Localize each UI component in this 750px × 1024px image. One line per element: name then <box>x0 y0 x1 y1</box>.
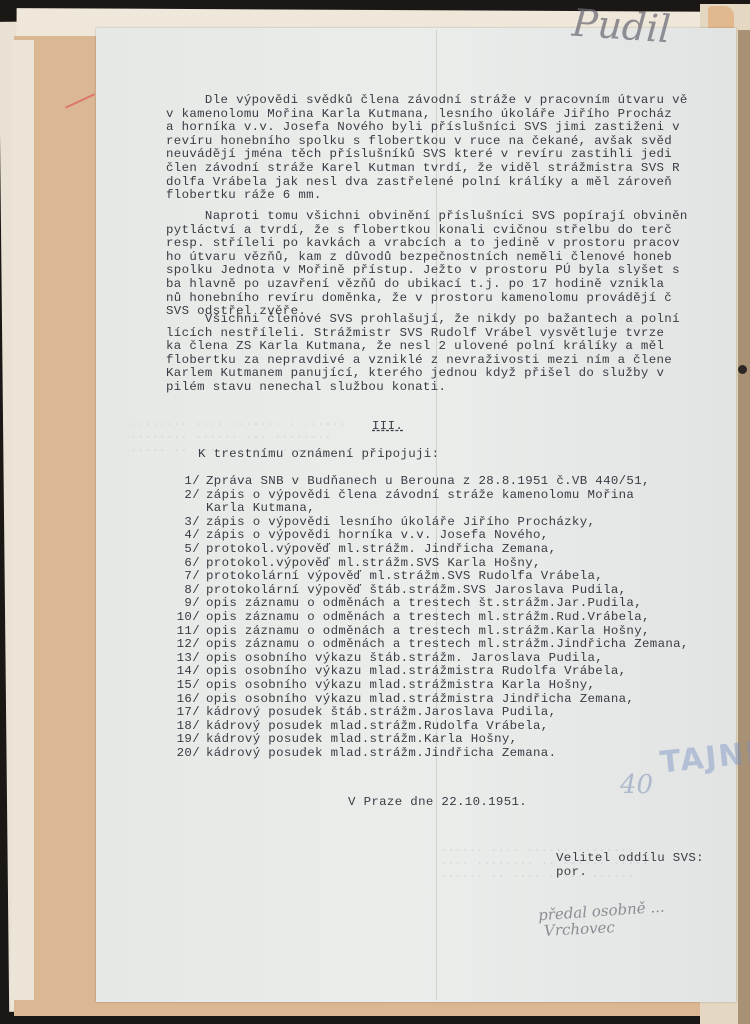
attachment-number: 15/ <box>172 679 200 693</box>
attachment-item: 15/opis osobního výkazu mlad.strážmistra… <box>172 679 689 693</box>
attachment-number: 19/ <box>172 733 200 747</box>
attachment-number <box>172 502 200 516</box>
attachments-list: 1/Zpráva SNB v Budňanech u Berouna z 28.… <box>172 475 689 760</box>
attachment-number: 14/ <box>172 665 200 679</box>
attachment-text: protokolární výpověď štáb.strážm.SVS Jar… <box>206 584 626 598</box>
attachment-text: zápis o výpovědi lesního úkoláře Jiřího … <box>206 516 595 530</box>
attachment-item: 6/protokol.výpověď ml.strážm.SVS Karla H… <box>172 557 689 571</box>
handwritten-note: Vrchovec <box>544 918 616 940</box>
stamp-mark: 40 <box>620 770 653 800</box>
attachment-text: opis osobního výkazu mlad.strážmistra Ru… <box>206 665 626 679</box>
attachment-item: 12/opis záznamu o odměnách a trestech ml… <box>172 638 689 652</box>
attachment-item: 19/kádrový posudek mlad.strážm.Karla Hoš… <box>172 733 689 747</box>
attachment-text: protokol.výpověď ml.strážm. Jindřicha Ze… <box>206 543 556 557</box>
text-line: Všichni členové SVS prohlašují, že nikdy… <box>166 313 680 327</box>
folder-edge-sheets <box>12 40 34 1000</box>
attachment-text: opis osobního výkazu mlad.strážmistra Ka… <box>206 679 595 693</box>
text-line: revíru honebního spolku s flobertkou v r… <box>166 135 688 149</box>
attachment-text: protokol.výpověď ml.strážm.SVS Karla Hoš… <box>206 557 541 571</box>
text-line: Naproti tomu všichni obvinění příslušníc… <box>166 210 688 224</box>
attachments-intro: K trestnímu oznámení připojuji: <box>198 448 439 462</box>
attachment-item: 3/zápis o výpovědi lesního úkoláře Jiříh… <box>172 516 689 530</box>
text-line: Dle výpovědi svědků člena závodní stráže… <box>166 94 688 108</box>
attachment-item: 5/protokol.výpověď ml.strážm. Jindřicha … <box>172 543 689 557</box>
paragraph-witness-statements: Dle výpovědi svědků člena závodní stráže… <box>166 94 688 203</box>
place-date: V Praze dne 22.10.1951. <box>348 796 527 810</box>
binder-rivet <box>738 365 747 374</box>
attachment-text: opis záznamu o odměnách a trestech ml.st… <box>206 638 689 652</box>
attachment-number: 2/ <box>172 489 200 503</box>
attachment-number: 11/ <box>172 625 200 639</box>
attachment-number: 17/ <box>172 706 200 720</box>
paragraph-denial: Naproti tomu všichni obvinění příslušníc… <box>166 210 688 319</box>
attachment-text: zápis o výpovědi horníka v.v. Josefa Nov… <box>206 529 549 543</box>
attachment-number: 12/ <box>172 638 200 652</box>
text-line: pytláctví a tvrdí, že s flobertkou konal… <box>166 224 688 238</box>
text-line: ba hlavně po uzavření vězňů do ubikací t… <box>166 278 688 292</box>
attachment-number: 20/ <box>172 747 200 761</box>
signature-rank: por. <box>556 866 587 880</box>
text-line: neuvádějí jména těch příslušníků SVS kte… <box>166 148 688 162</box>
attachment-number: 16/ <box>172 693 200 707</box>
paragraph-declaration: Všichni členové SVS prohlašují, že nikdy… <box>166 313 680 395</box>
attachment-text: kádrový posudek mlad.strážm.Jindřicha Ze… <box>206 747 556 761</box>
attachment-text: opis záznamu o odměnách a trestech ml.st… <box>206 611 650 625</box>
text-line: flobertku za nepravdivé a vzniklé z nevr… <box>166 354 680 368</box>
attachment-text: Karla Kutmana, <box>206 502 315 516</box>
attachment-number: 3/ <box>172 516 200 530</box>
attachment-number: 18/ <box>172 720 200 734</box>
attachment-number: 10/ <box>172 611 200 625</box>
handwritten-name: Pudil <box>571 1 673 52</box>
attachment-item: 8/protokolární výpověď štáb.strážm.SVS J… <box>172 584 689 598</box>
text-line: lících nestříleli. Strážmistr SVS Rudolf… <box>166 327 680 341</box>
text-line: v kamenolomu Mořina Karla Kutmana, lesní… <box>166 108 688 122</box>
attachment-text: opis záznamu o odměnách a trestech ml.st… <box>206 625 650 639</box>
text-line: člen závodní stráže Karel Kutman tvrdí, … <box>166 162 688 176</box>
attachment-item: Karla Kutmana, <box>172 502 689 516</box>
attachment-number: 8/ <box>172 584 200 598</box>
attachment-item: 9/opis záznamu o odměnách a trestech št.… <box>172 597 689 611</box>
signature-title: Velitel oddílu SVS: <box>556 852 704 866</box>
attachment-item: 18/kádrový posudek mlad.strážm.Rudolfa V… <box>172 720 689 734</box>
text-line: ka člena ZS Karla Kutmana, že nesl 2 ulo… <box>166 340 680 354</box>
attachment-item: 16/opis osobního výkazu mlad.strážmistra… <box>172 693 689 707</box>
attachment-text: opis osobního výkazu mlad.strážmistra Ji… <box>206 693 634 707</box>
attachment-number: 5/ <box>172 543 200 557</box>
attachment-text: kádrový posudek mlad.strážm.Karla Hošny, <box>206 733 517 747</box>
attachment-text: Zpráva SNB v Budňanech u Berouna z 28.8.… <box>206 475 650 489</box>
attachment-number: 9/ <box>172 597 200 611</box>
section-heading: III. <box>372 420 403 434</box>
attachment-number: 6/ <box>172 557 200 571</box>
attachment-text: zápis o výpovědi člena závodní stráže ka… <box>206 489 634 503</box>
text-line: spolku Jednota v Mořině přístup. Ježto v… <box>166 264 688 278</box>
attachment-text: kádrový posudek mlad.strážm.Rudolfa Vráb… <box>206 720 549 734</box>
attachment-item: 20/kádrový posudek mlad.strážm.Jindřicha… <box>172 747 689 761</box>
text-line: pilém stavu nenechal službou konati. <box>166 381 680 395</box>
attachment-item: 4/zápis o výpovědi horníka v.v. Josefa N… <box>172 529 689 543</box>
attachment-item: 2/zápis o výpovědi člena závodní stráže … <box>172 489 689 503</box>
text-line: flobertku ráže 6 mm. <box>166 189 688 203</box>
attachment-text: opis osobního výkazu štáb.strážm. Jarosl… <box>206 652 603 666</box>
attachment-item: 14/opis osobního výkazu mlad.strážmistra… <box>172 665 689 679</box>
text-line: resp. stříleli po kavkách a vrabcích a t… <box>166 237 688 251</box>
attachment-number: 4/ <box>172 529 200 543</box>
attachment-text: opis záznamu o odměnách a trestech št.st… <box>206 597 642 611</box>
attachment-item: 11/opis záznamu o odměnách a trestech ml… <box>172 625 689 639</box>
attachment-item: 13/opis osobního výkazu štáb.strážm. Jar… <box>172 652 689 666</box>
attachment-number: 1/ <box>172 475 200 489</box>
text-line: a horníka v.v. Josefa Nového byli příslu… <box>166 121 688 135</box>
text-line: nů honebního revíru doměnka, že v prosto… <box>166 292 688 306</box>
attachment-item: 17/kádrový posudek štáb.strážm.Jaroslava… <box>172 706 689 720</box>
right-edge-shadow <box>738 30 750 1024</box>
attachment-item: 7/protokolární výpověď ml.strážm.SVS Rud… <box>172 570 689 584</box>
text-line: dolfa Vrábela jak nesl dva zastřelené po… <box>166 176 688 190</box>
attachment-item: 1/Zpráva SNB v Budňanech u Berouna z 28.… <box>172 475 689 489</box>
attachment-text: protokolární výpověď ml.strážm.SVS Rudol… <box>206 570 603 584</box>
attachment-item: 10/opis záznamu o odměnách a trestech ml… <box>172 611 689 625</box>
attachment-number: 13/ <box>172 652 200 666</box>
text-line: Karlem Kutmanem panující, kterého jednou… <box>166 367 680 381</box>
attachment-text: kádrový posudek štáb.strážm.Jaroslava Pu… <box>206 706 556 720</box>
attachment-number: 7/ <box>172 570 200 584</box>
